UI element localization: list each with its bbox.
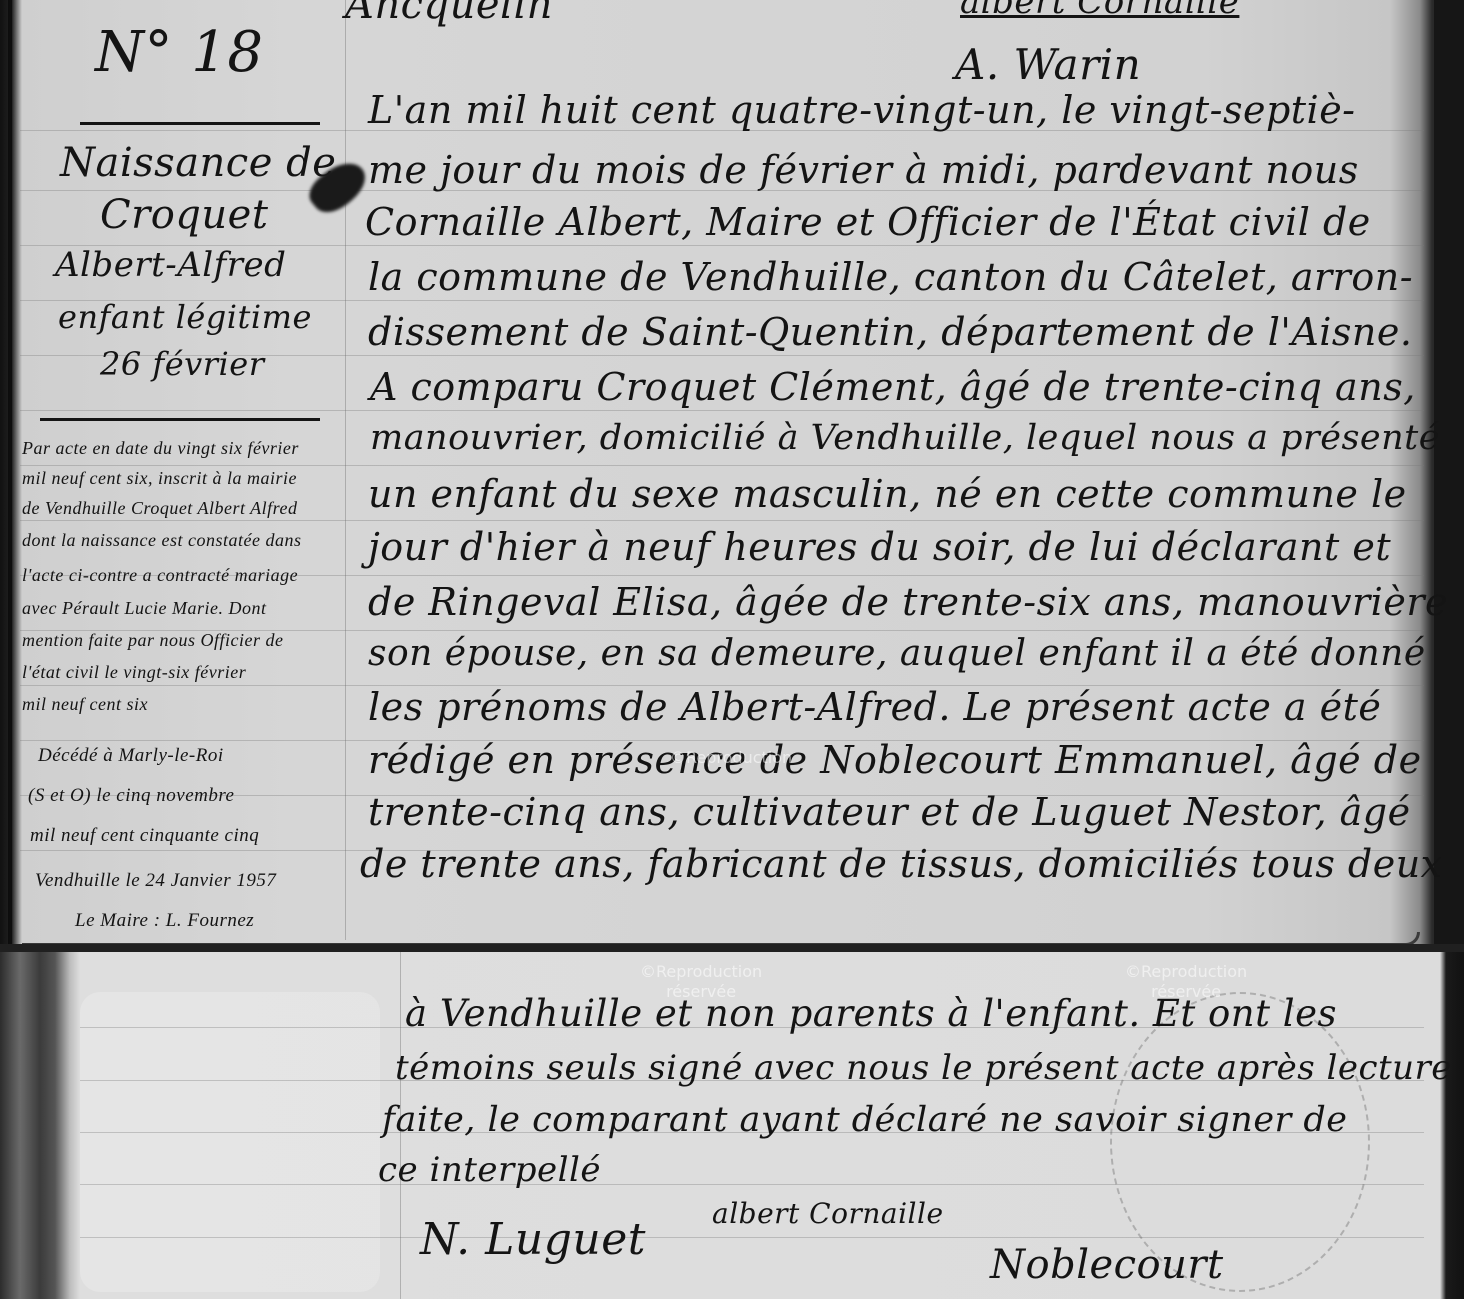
annotation-line: mil neuf cent cinquante cinq <box>30 825 259 847</box>
scan-page-upper: Ancquelin albert Cornaille A. Warin N° 1… <box>0 0 1464 952</box>
header-signature-warin: A. Warin <box>955 40 1141 89</box>
body-line: la commune de Vendhuille, canton du Câte… <box>368 255 1413 299</box>
margin-divider <box>80 122 320 125</box>
signature-witness-noblecourt: Noblecourt <box>990 1242 1224 1288</box>
margin-date: 26 février <box>100 345 265 383</box>
ruled-line <box>20 465 1424 466</box>
body-line: de Ringeval Elisa, âgée de trente-six an… <box>368 580 1448 624</box>
body-line: ce interpellé <box>378 1150 601 1190</box>
annotation-line: mil neuf cent six <box>22 694 148 715</box>
annotation-line: de Vendhuille Croquet Albert Alfred <box>22 498 297 519</box>
watermark-line: ©Reproduction <box>640 962 762 982</box>
body-line: son épouse, en sa demeure, auquel enfant… <box>368 633 1426 674</box>
body-line: dissement de Saint-Quentin, département … <box>368 310 1412 354</box>
body-line: jour d'hier à neuf heures du soir, de lu… <box>368 525 1391 569</box>
margin-title-line: Naissance de <box>60 140 336 186</box>
annotation-signature: Le Maire : L. Fournez <box>75 910 254 932</box>
annotation-line: dont la naissance est constatée dans <box>22 530 301 551</box>
body-line: rédigé en présence de Noblecourt Emmanue… <box>368 738 1422 782</box>
binding-edge-right <box>1434 0 1464 952</box>
body-line: témoins seuls signé avec nous le présent… <box>395 1048 1452 1088</box>
margin-given-names: Albert-Alfred <box>55 245 286 285</box>
watermark: ©Reproduction réservée <box>640 962 762 1002</box>
watermark-line: ©Reproduction <box>670 748 792 767</box>
signature-mayor: albert Cornaille <box>712 1197 944 1230</box>
body-line: trente-cinq ans, cultivateur et de Lugue… <box>368 790 1411 834</box>
watermark-line: ©Reproduction <box>1125 962 1247 982</box>
watermark-line: réservée <box>1125 982 1247 1002</box>
watermark: ©Reproduction réservée <box>1125 962 1247 1002</box>
annotation-line: avec Pérault Lucie Marie. Dont <box>22 598 266 619</box>
body-line: les prénoms de Albert-Alfred. Le présent… <box>368 685 1381 729</box>
scan-seam <box>0 944 1464 952</box>
ruled-line <box>20 410 1424 411</box>
annotation-line: mil neuf cent six, inscrit à la mairie <box>22 468 297 489</box>
ruled-line <box>20 520 1424 521</box>
body-line: faite, le comparant ayant déclaré ne sav… <box>382 1100 1348 1140</box>
body-line: L'an mil huit cent quatre-vingt-un, le v… <box>368 88 1356 132</box>
annotation-line: (S et O) le cinq novembre <box>28 785 234 807</box>
annotation-line: l'acte ci-contre a contracté mariage <box>22 565 298 586</box>
watermark: ©Reproduction <box>670 748 792 768</box>
paper-patch <box>80 992 380 1292</box>
margin-surname: Croquet <box>100 192 268 238</box>
margin-rule <box>345 0 346 940</box>
annotation-line: l'état civil le vingt-six février <box>22 662 246 683</box>
header-signature-mayor: albert Cornaille <box>960 0 1239 22</box>
scan-page-lower: à Vendhuille et non parents à l'enfant. … <box>0 952 1464 1299</box>
signature-witness-luguet: N. Luguet <box>420 1214 646 1265</box>
body-line: de trente ans, fabricant de tissus, domi… <box>360 842 1443 886</box>
watermark-line: réservée <box>640 982 762 1002</box>
body-line: un enfant du sexe masculin, né en cette … <box>368 472 1407 516</box>
header-signature-left: Ancquelin <box>345 0 553 28</box>
annotation-line: Par acte en date du vingt six février <box>22 438 299 459</box>
annotation-line: Décédé à Marly-le-Roi <box>38 745 224 767</box>
margin-status: enfant légitime <box>58 298 312 336</box>
body-line: manouvrier, domicilié à Vendhuille, lequ… <box>370 418 1440 458</box>
annotation-line: Vendhuille le 24 Janvier 1957 <box>35 870 276 892</box>
margin-divider <box>40 418 320 421</box>
binding-edge-left <box>8 0 12 952</box>
body-line: A comparu Croquet Clément, âgé de trente… <box>370 365 1416 409</box>
record-number: N° 18 <box>95 20 264 85</box>
body-line: me jour du mois de février à midi, parde… <box>368 148 1359 192</box>
annotation-line: mention faite par nous Officier de <box>22 630 283 651</box>
body-line: Cornaille Albert, Maire et Officier de l… <box>365 200 1371 244</box>
